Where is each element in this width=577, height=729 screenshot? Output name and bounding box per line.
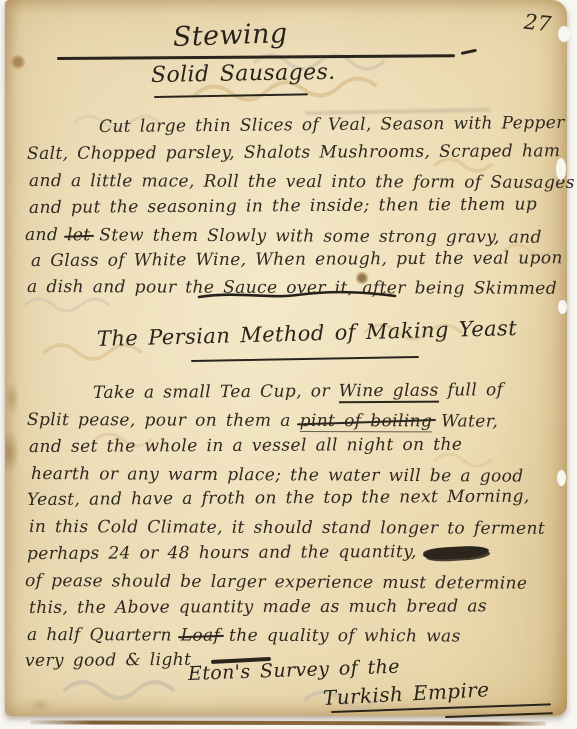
manuscript-line: a Glass of White Wine, When enough, put …	[31, 248, 563, 271]
section-heading-solid-sausages: Solid Sausages.	[151, 60, 336, 88]
manuscript-line: this, the Above quantity made as much br…	[29, 596, 487, 618]
line-text: full of	[439, 380, 504, 400]
manuscript-line: very good & light	[25, 650, 191, 671]
page-title: Stewing	[172, 18, 288, 53]
manuscript-line: and set the whole in a vessel all night …	[29, 435, 462, 457]
manuscript-line: and put the seasoning in the inside; the…	[29, 194, 537, 218]
line-text: Split pease, pour on them a	[27, 410, 300, 431]
line-text: Stew them Slowly with some strong gravy,…	[90, 225, 541, 247]
line-text: the quality of which was	[220, 626, 461, 647]
section-divider	[197, 288, 397, 302]
line-text: Water,	[432, 411, 498, 431]
line-text: hearth or any warm place; the water will…	[31, 464, 524, 487]
manuscript-line: hearth or any warm place; the water will…	[31, 464, 524, 487]
heading-underline	[154, 93, 308, 98]
line-text: in this Cold Climate, it should stand lo…	[29, 517, 545, 539]
line-text: and set the whole in a vessel all night …	[29, 435, 462, 457]
line-text: Cut large thin Slices of Veal, Season wi…	[99, 113, 565, 137]
manuscript-line: Take a small Tea Cup, or Wine glass full…	[93, 380, 503, 403]
paper-edge-notch	[556, 158, 566, 180]
line-text: of pease should be larger experience mus…	[25, 571, 528, 594]
manuscript-line: Split pease, pour on them a pint of boil…	[27, 410, 498, 432]
bottom-page-edge	[30, 720, 546, 725]
manuscript-line: of pease should be larger experience mus…	[25, 571, 528, 594]
manuscript-page: 27 Stewing Solid Sausages. Cut large thi…	[5, 0, 567, 716]
heading-underline	[191, 356, 419, 362]
line-text: Take a small Tea Cup, or	[93, 381, 339, 403]
manuscript-line: a half Quartern Loaf the quality of whic…	[27, 625, 461, 647]
line-text: this, the Above quantity made as much br…	[29, 596, 487, 618]
bleed-through-squiggles	[5, 0, 577, 729]
attribution-underline	[445, 712, 553, 717]
line-text: and	[25, 225, 67, 245]
line-text: Yeast, and have a froth on the top the n…	[27, 486, 530, 510]
page-number: 27	[523, 10, 553, 37]
paper-edge-notch	[558, 26, 570, 42]
manuscript-line: Cut large thin Slices of Veal, Season wi…	[99, 113, 565, 137]
title-underline	[57, 54, 455, 59]
line-text: a Glass of White Wine, When enough, put …	[31, 248, 563, 271]
underlined-word: Wine glass	[339, 381, 439, 404]
manuscript-line: Salt, Chopped parsley, Shalots Mushrooms…	[27, 141, 560, 164]
struck-word: pint of boiling	[300, 411, 433, 432]
struck-word: Loaf	[181, 626, 221, 646]
manuscript-line: and let Stew them Slowly with some stron…	[25, 225, 542, 248]
scribbled-out-word	[422, 544, 489, 560]
struck-word: let	[67, 225, 91, 245]
manuscript-line: in this Cold Climate, it should stand lo…	[29, 517, 545, 539]
title-underline-dash	[461, 49, 477, 55]
line-text: Salt, Chopped parsley, Shalots Mushrooms…	[27, 141, 560, 164]
section-heading-persian-yeast: The Persian Method of Making Yeast	[97, 316, 518, 351]
line-text: and a little mace, Roll the veal into th…	[29, 171, 575, 193]
paper-edge-notch	[558, 300, 567, 314]
manuscript-line: and a little mace, Roll the veal into th…	[29, 171, 575, 193]
manuscript-line: Yeast, and have a froth on the top the n…	[27, 486, 530, 510]
line-text: and put the seasoning in the inside; the…	[29, 194, 537, 218]
line-text: a half Quartern	[27, 625, 181, 646]
line-text: very good & light	[25, 650, 191, 671]
line-text: perhaps 24 or 48 hours and the quantity,	[27, 542, 417, 564]
paper-edge-notch	[557, 470, 566, 486]
manuscript-line: perhaps 24 or 48 hours and the quantity,	[27, 542, 489, 564]
attribution-line: Turkish Empire	[322, 677, 490, 710]
